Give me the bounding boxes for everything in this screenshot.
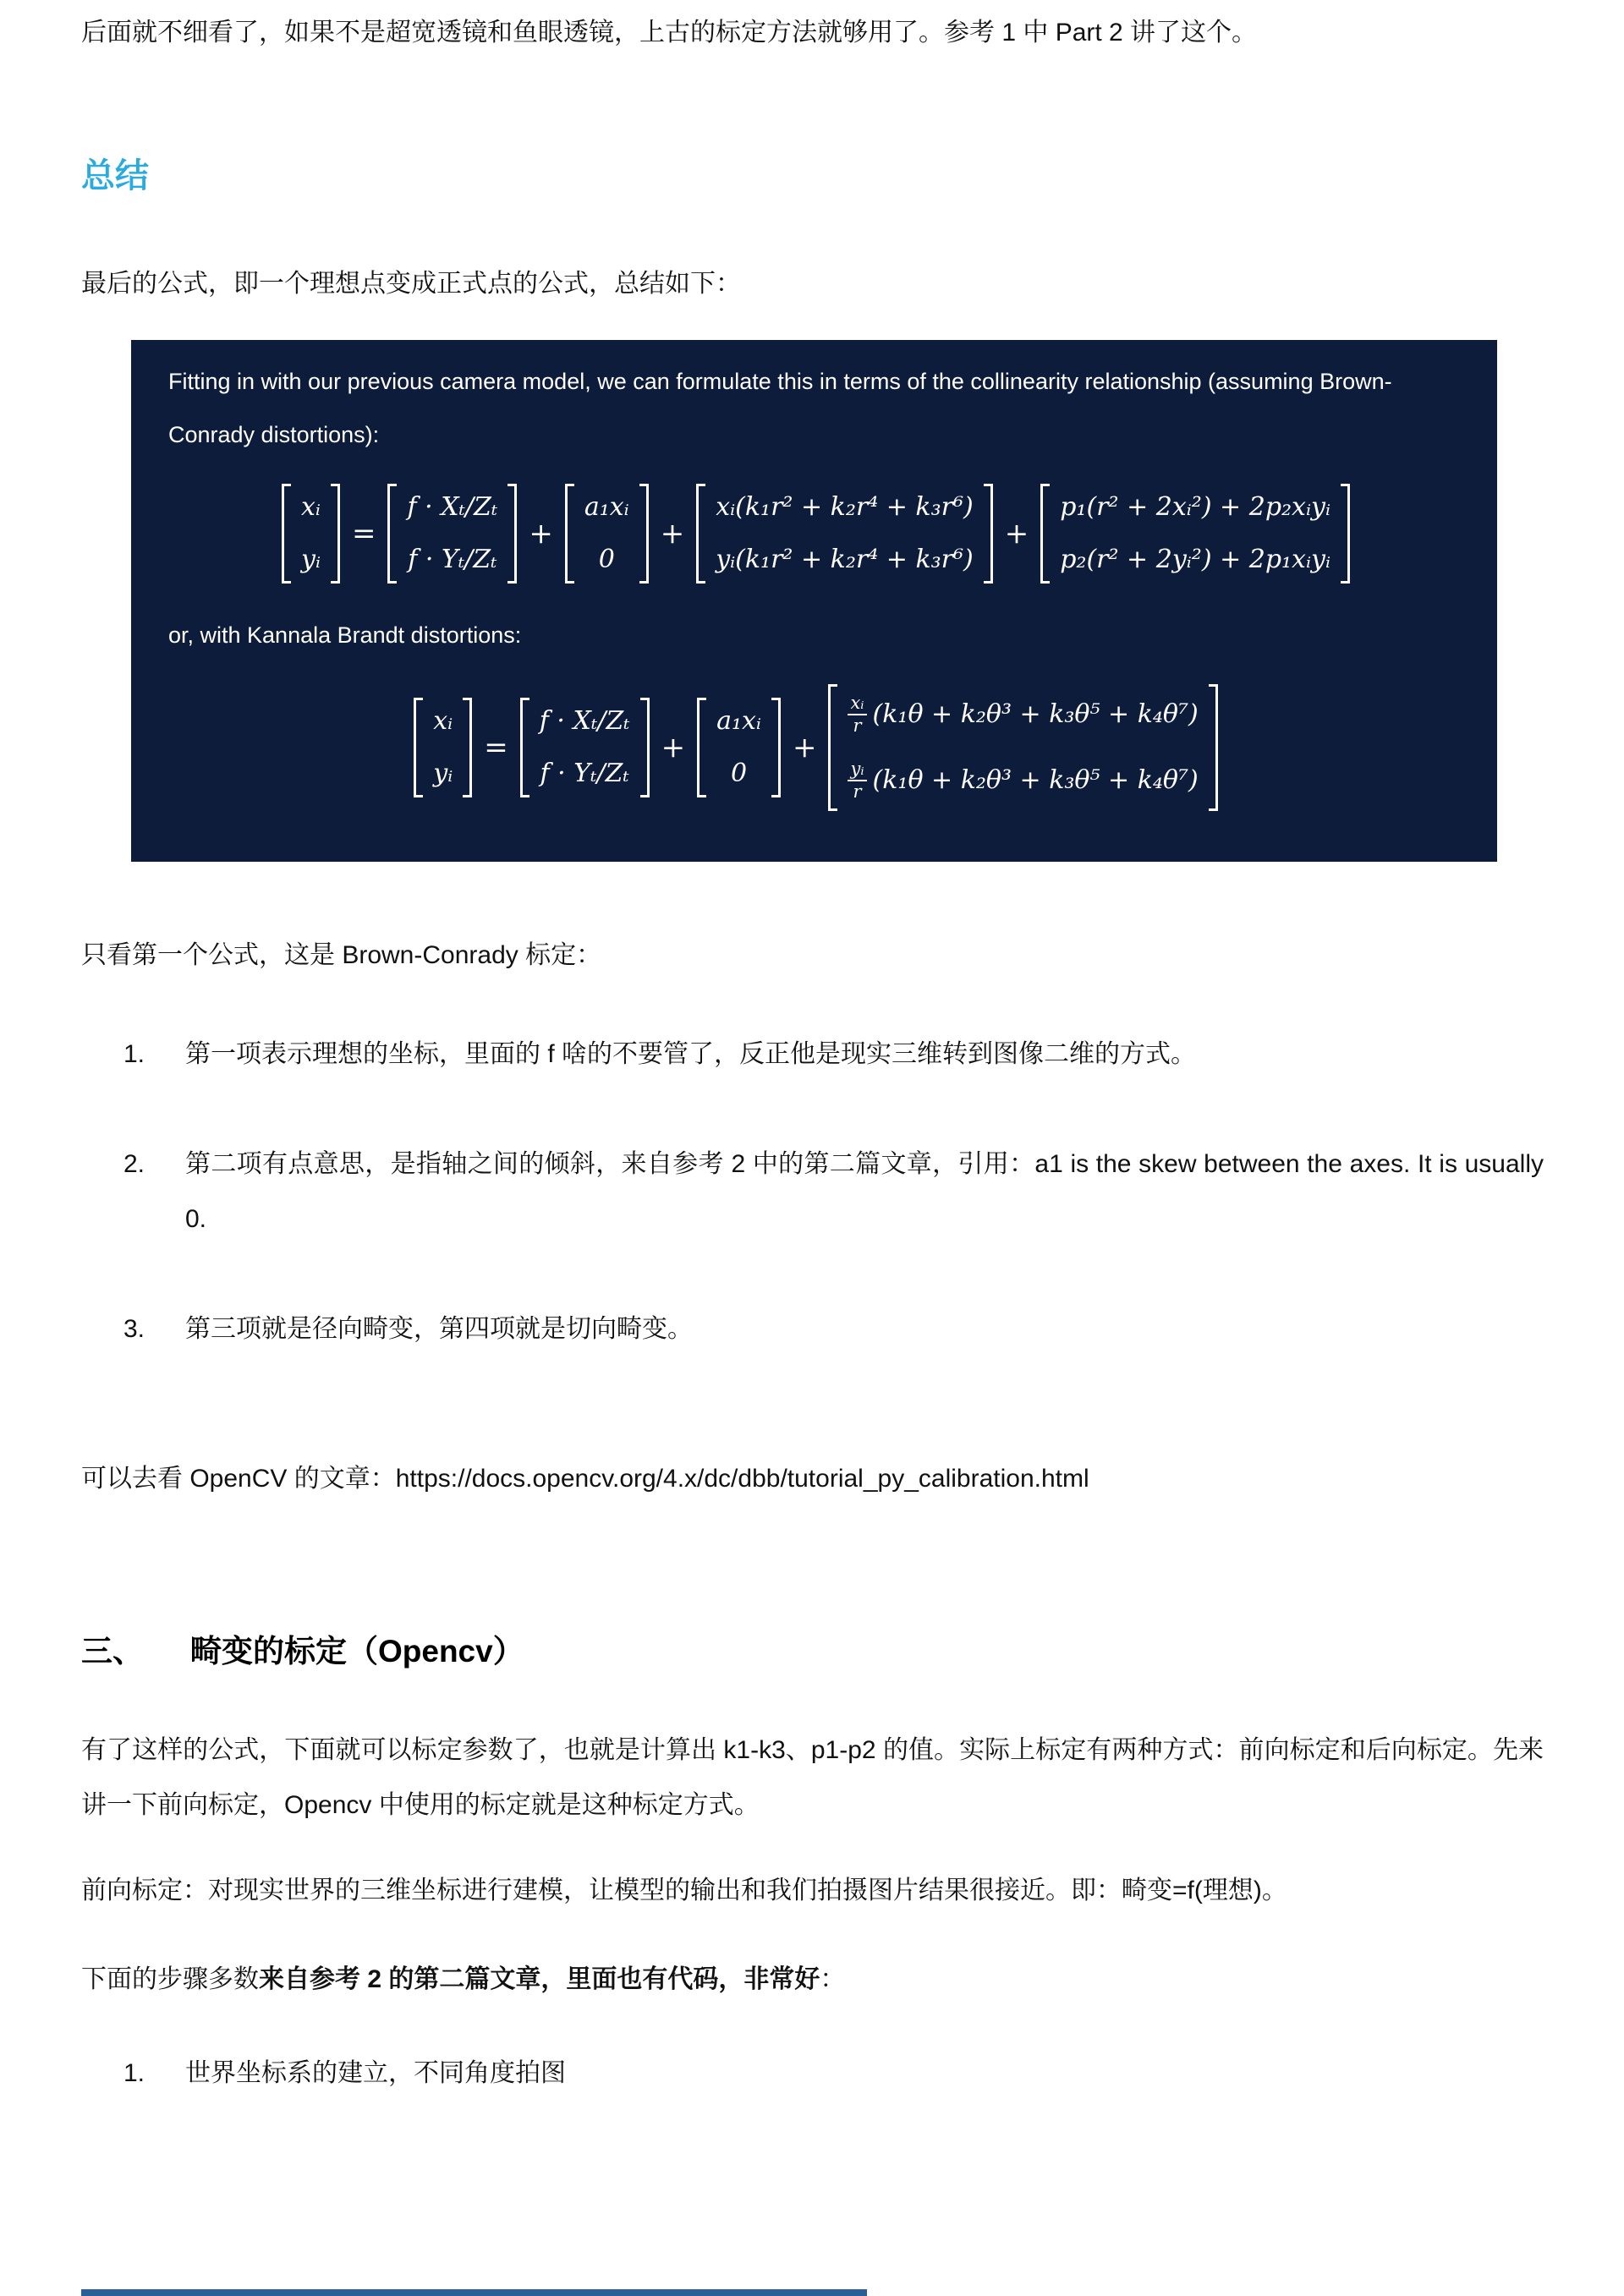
section-number: 三、 [81, 1631, 190, 1672]
matrix-tangential-distortion: p₁(r² + 2xᵢ²) + 2p₂xᵢyᵢ p₂(r² + 2yᵢ²) + … [1040, 484, 1350, 584]
matrix-cell: xᵢ [301, 492, 321, 523]
after-box-paragraph: 只看第一个公式，这是 Brown-Conrady 标定： [81, 928, 1544, 983]
left-bracket [696, 484, 705, 584]
list-item-text: 第二项有点意思，是指轴之间的倾斜，来自参考 2 中的第二篇文章，引用：a1 is… [185, 1137, 1544, 1247]
matrix-fisheye-distortion: xᵢ r (k₁θ + k₂θ³ + k₃θ⁵ + k₄θ⁷) yᵢ r (k₁… [828, 684, 1217, 811]
matrix-projection: f · Xₜ/Zₜ f · Yₜ/Zₜ [520, 698, 650, 797]
left-bracket [282, 484, 291, 584]
matrix-cell: yᵢ r (k₁θ + k₂θ³ + k₃θ⁵ + k₄θ⁷) [848, 759, 1198, 803]
summary-intro-paragraph: 最后的公式，即一个理想点变成正式点的公式，总结如下： [81, 256, 1544, 311]
kannala-brandt-formula: xᵢ yᵢ = f · Xₜ/Zₜ f · Yₜ/Zₜ + a₁xᵢ 0 [168, 684, 1463, 811]
list-item-number: 2. [81, 1137, 185, 1247]
list-item-text: 世界坐标系的建立，不同角度拍图 [185, 2046, 1544, 2101]
forward-calibration-paragraph: 前向标定：对现实世界的三维坐标进行建模，让模型的输出和我们拍摄图片结果很接近。即… [81, 1863, 1544, 1918]
list-item-number: 1. [81, 1027, 185, 1082]
fraction-denominator: r [850, 781, 864, 803]
matrix-cell: xᵢ r (k₁θ + k₂θ³ + k₃θ⁵ + k₄θ⁷) [848, 693, 1198, 737]
fraction: xᵢ r [848, 693, 866, 737]
opencv-docs-url: 可以去看 OpenCV 的文章：https://docs.opencv.org/… [81, 1465, 1089, 1493]
plus-sign: + [661, 517, 685, 551]
right-bracket [771, 698, 781, 797]
matrix-cell: f · Yₜ/Zₜ [408, 545, 497, 575]
intro-paragraph: 后面就不细看了，如果不是超宽透镜和鱼眼透镜，上古的标定方法就够用了。参考 1 中… [81, 5, 1544, 60]
matrix-cell: f · Xₜ/Zₜ [540, 706, 630, 737]
steps-intro-bold: 来自参考 2 的第二篇文章，里面也有代码，非常好 [259, 1965, 820, 1993]
right-bracket [1341, 484, 1350, 584]
formula-block-caption-2: or, with Kannala Brandt distortions: [168, 609, 1463, 662]
section-heading-calibration: 三、 畸变的标定（Opencv） [81, 1631, 1544, 1672]
matrix-cell: yᵢ(k₁r² + k₂r⁴ + k₃r⁶) [716, 545, 974, 575]
matrix-cell: p₂(r² + 2yᵢ²) + 2p₁xᵢyᵢ [1060, 545, 1330, 575]
formula-block-caption-1: Fitting in with our previous camera mode… [168, 355, 1463, 462]
list-item-number: 3. [81, 1301, 185, 1356]
matrix-radial-distortion: xᵢ(k₁r² + k₂r⁴ + k₃r⁶) yᵢ(k₁r² + k₂r⁴ + … [696, 484, 993, 584]
matrix-cell: yᵢ [433, 759, 453, 789]
list-item: 2. 第二项有点意思，是指轴之间的倾斜，来自参考 2 中的第二篇文章，引用：a1… [81, 1137, 1544, 1247]
matrix-cell: a₁xᵢ [716, 706, 761, 737]
right-bracket [640, 698, 650, 797]
matrix-cell: a₁xᵢ [584, 492, 629, 523]
list-item: 3. 第三项就是径向畸变，第四项就是切向畸变。 [81, 1301, 1544, 1356]
list-item-text: 第一项表示理想的坐标，里面的 f 啥的不要管了，反正他是现实三维转到图像二维的方… [185, 1027, 1544, 1082]
matrix-cell: p₁(r² + 2xᵢ²) + 2p₂xᵢyᵢ [1060, 492, 1330, 523]
fraction: yᵢ r [848, 759, 866, 803]
matrix-cell: xᵢ(k₁r² + k₂r⁴ + k₃r⁶) [716, 492, 974, 523]
left-bracket [387, 484, 397, 584]
left-bracket [565, 484, 574, 584]
calibration-params-paragraph: 有了这样的公式，下面就可以标定参数了，也就是计算出 k1-k3、p1-p2 的值… [81, 1723, 1544, 1833]
matrix-cell: f · Xₜ/Zₜ [407, 492, 497, 523]
opencv-docs-note: 可以去看 OpenCV 的文章：https://docs.opencv.org/… [81, 1451, 1544, 1506]
formula-screenshot-block: Fitting in with our previous camera mode… [131, 340, 1497, 862]
left-bracket [1040, 484, 1050, 584]
list-item-number: 1. [81, 2046, 185, 2101]
summary-heading: 总结 [81, 155, 1544, 197]
matrix-skew: a₁xᵢ 0 [565, 484, 649, 584]
matrix-cell: f · Yₜ/Zₜ [540, 759, 629, 789]
polynomial-term: (k₁θ + k₂θ³ + k₃θ⁵ + k₄θ⁷) [873, 765, 1199, 796]
right-bracket [1209, 684, 1218, 811]
plus-sign: + [1005, 517, 1029, 551]
section-title: 畸变的标定（Opencv） [190, 1631, 524, 1672]
list-item-text: 第三项就是径向畸变，第四项就是切向畸变。 [185, 1301, 1544, 1356]
matrix-lhs: xᵢ yᵢ [282, 484, 340, 584]
matrix-cell: xᵢ [433, 706, 453, 737]
polynomial-term: (k₁θ + k₂θ³ + k₃θ⁵ + k₄θ⁷) [873, 699, 1199, 730]
matrix-lhs: xᵢ yᵢ [414, 698, 472, 797]
steps-intro-colon: ： [820, 1965, 845, 1993]
equals-sign: = [352, 517, 376, 551]
matrix-cell: yᵢ [301, 545, 321, 575]
plus-sign: + [661, 731, 686, 764]
fraction-denominator: r [850, 715, 864, 737]
matrix-skew: a₁xᵢ 0 [697, 698, 781, 797]
left-bracket [828, 684, 837, 811]
right-bracket [984, 484, 993, 584]
steps-intro-regular: 下面的步骤多数 [81, 1965, 259, 1993]
matrix-cell: 0 [599, 545, 615, 575]
fraction-numerator: xᵢ [848, 693, 866, 715]
right-bracket [639, 484, 649, 584]
matrix-projection: f · Xₜ/Zₜ f · Yₜ/Zₜ [387, 484, 517, 584]
document-page: 后面就不细看了，如果不是超宽透镜和鱼眼透镜，上古的标定方法就够用了。参考 1 中… [0, 0, 1624, 2101]
equals-sign: = [484, 731, 508, 764]
matrix-cell: 0 [731, 759, 747, 789]
list-item: 1. 第一项表示理想的坐标，里面的 f 啥的不要管了，反正他是现实三维转到图像二… [81, 1027, 1544, 1082]
plus-sign: + [793, 731, 817, 764]
left-bracket [697, 698, 706, 797]
left-bracket [520, 698, 529, 797]
right-bracket [507, 484, 517, 584]
steps-intro-paragraph: 下面的步骤多数来自参考 2 的第二篇文章，里面也有代码，非常好： [81, 1952, 1544, 2007]
next-image-top-edge [81, 2289, 867, 2296]
plus-sign: + [529, 517, 553, 551]
brown-conrady-formula: xᵢ yᵢ = f · Xₜ/Zₜ f · Yₜ/Zₜ + a₁xᵢ 0 [168, 484, 1463, 584]
right-bracket [331, 484, 340, 584]
right-bracket [463, 698, 472, 797]
left-bracket [414, 698, 423, 797]
list-item: 1. 世界坐标系的建立，不同角度拍图 [81, 2046, 1544, 2101]
fraction-numerator: yᵢ [848, 759, 866, 781]
